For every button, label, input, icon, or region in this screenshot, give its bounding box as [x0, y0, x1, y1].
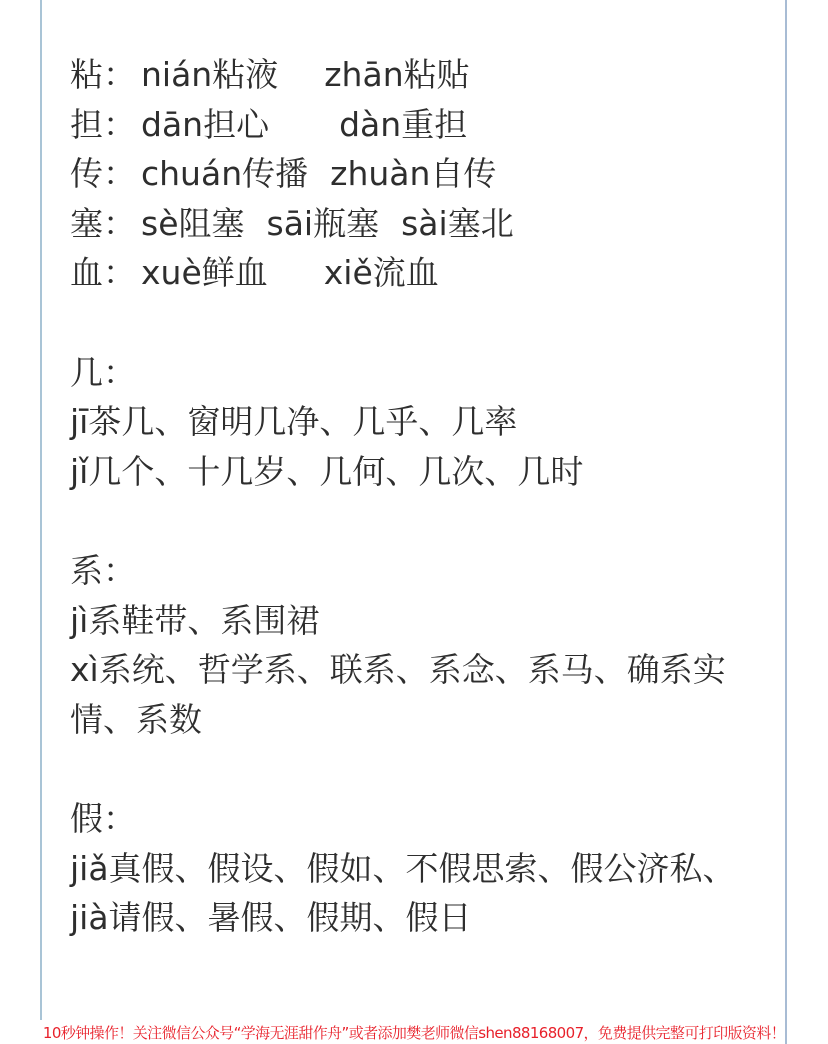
entry-colon: ：	[103, 50, 141, 100]
reading-pinyin: zhuàn	[330, 154, 430, 193]
reading-words: 鲜血	[202, 253, 268, 292]
section-line: jī茶几、窗明几净、几乎、几率	[70, 397, 770, 447]
reading-pinyin: sāi	[267, 204, 314, 243]
document-content: 粘：nián粘液zhān粘贴 担：dān担心dàn重担 传：chuán传播zhu…	[70, 50, 770, 943]
entry-colon: ：	[103, 199, 141, 249]
reading-words: 流血	[373, 253, 439, 292]
reading-words: 自传	[430, 154, 496, 193]
spacer	[70, 496, 770, 546]
entry-char: 担	[70, 105, 103, 144]
reading-pinyin: nián	[141, 55, 212, 94]
entry-line: 塞：sè阻塞sāi瓶塞sài塞北	[70, 199, 770, 249]
section-heading: 几：	[70, 348, 770, 398]
reading-words: 粘贴	[404, 55, 470, 94]
reading-words: 瓶塞	[313, 204, 379, 243]
page-border-right	[785, 0, 787, 1044]
entry-colon: ：	[103, 149, 141, 199]
reading-words: 重担	[401, 105, 467, 144]
reading-pinyin: xiě	[324, 253, 373, 292]
reading-pinyin: xuè	[141, 253, 202, 292]
reading-pinyin: zhān	[324, 55, 403, 94]
reading-words: 塞北	[448, 204, 514, 243]
reading-pinyin: dàn	[339, 105, 401, 144]
page-border-left	[40, 0, 42, 1020]
section-heading: 系：	[70, 546, 770, 596]
entry-line: 传：chuán传播zhuàn自传	[70, 149, 770, 199]
section-line: jì系鞋带、系围裙	[70, 596, 770, 646]
reading-pinyin: sè	[141, 204, 179, 243]
reading-pinyin: chuán	[141, 154, 242, 193]
section-heading: 假：	[70, 794, 770, 844]
reading-words: 阻塞	[179, 204, 245, 243]
section-line: xì系统、哲学系、联系、系念、系马、确系实情、系数	[70, 645, 770, 744]
promo-footer: 10秒钟操作！关注微信公众号“学海无涯甜作舟”或者添加樊老师微信shen8816…	[0, 1022, 828, 1044]
section-line: jià请假、暑假、假期、假日	[70, 893, 770, 943]
spacer	[70, 744, 770, 794]
entry-char: 传	[70, 154, 103, 193]
entry-line: 担：dān担心dàn重担	[70, 100, 770, 150]
reading-pinyin: dān	[141, 105, 203, 144]
section-line: jǐ几个、十几岁、几何、几次、几时	[70, 447, 770, 497]
entry-char: 塞	[70, 204, 103, 243]
reading-pinyin: sài	[401, 204, 448, 243]
reading-words: 担心	[203, 105, 269, 144]
entry-colon: ：	[103, 248, 141, 298]
section-line: jiǎ真假、假设、假如、不假思索、假公济私、	[70, 844, 770, 894]
reading-words: 传播	[242, 154, 308, 193]
reading-words: 粘液	[212, 55, 278, 94]
entry-line: 血：xuè鲜血xiě流血	[70, 248, 770, 298]
entry-line: 粘：nián粘液zhān粘贴	[70, 50, 770, 100]
entry-char: 粘	[70, 55, 103, 94]
entry-char: 血	[70, 253, 103, 292]
entry-colon: ：	[103, 100, 141, 150]
spacer	[70, 298, 770, 348]
